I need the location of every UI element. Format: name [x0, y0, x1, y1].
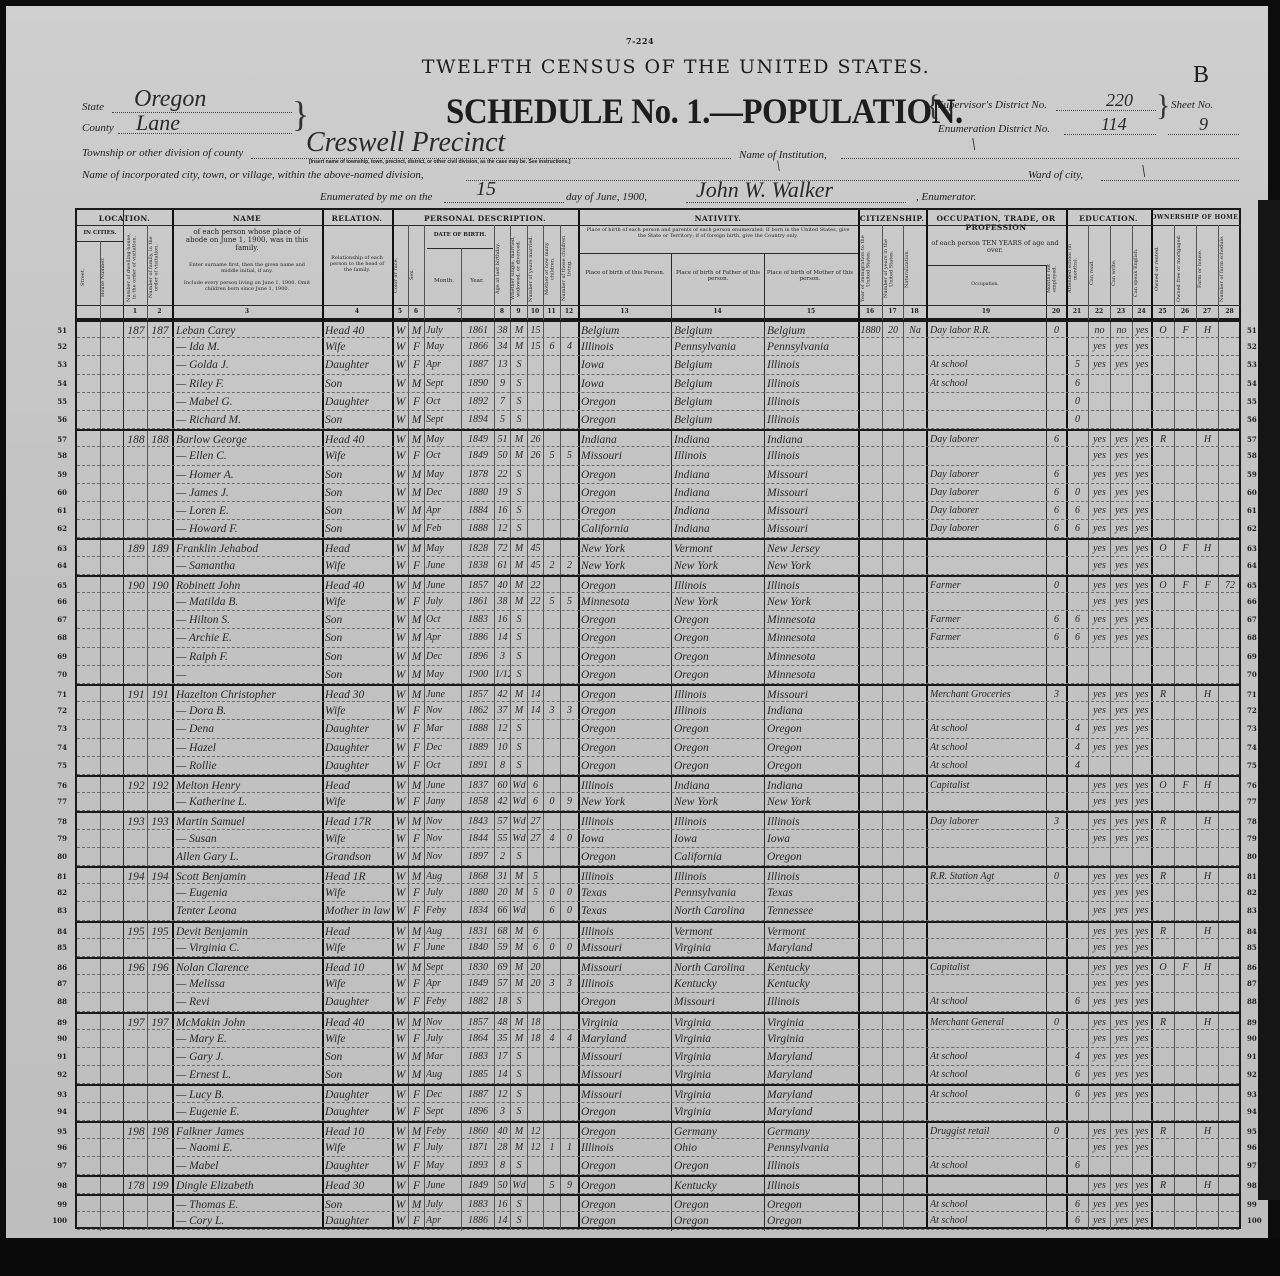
relation: Daughter: [325, 393, 391, 411]
age: 37: [495, 702, 510, 720]
farm-house: [1197, 884, 1218, 902]
person-name: — Eugenia: [176, 884, 321, 902]
enumerator-label: , Enumerator.: [916, 191, 976, 203]
color: W: [393, 411, 408, 429]
column-number: 8: [494, 308, 510, 315]
birth-year: 1871: [462, 1139, 494, 1157]
dwelling-number: [125, 720, 147, 738]
can-write: yes: [1111, 1212, 1132, 1230]
birth-year: 1885: [462, 1066, 494, 1084]
birthplace-father: Illinois: [674, 702, 764, 720]
occupation: [930, 593, 1046, 611]
farm-schedule: [1219, 975, 1241, 993]
relation: Son: [325, 502, 391, 520]
birth-month: Nov: [426, 702, 461, 720]
farm-schedule: [1219, 1157, 1241, 1175]
years-in-us: [883, 666, 903, 684]
marital-status: M: [511, 338, 527, 356]
table-row: 8585— Virginia C.WifeWFJune184059M600Mis…: [77, 939, 1239, 957]
sex: F: [409, 393, 424, 411]
column-number: 28: [1218, 308, 1241, 315]
line-number-right: 77: [1247, 793, 1271, 811]
line-number: 62: [37, 520, 67, 538]
color: W: [393, 393, 408, 411]
column-number: 13: [578, 308, 671, 315]
age: 12: [495, 720, 510, 738]
can-write: yes: [1111, 356, 1132, 374]
relation: Wife: [325, 557, 391, 575]
birthplace-mother: Oregon: [767, 848, 858, 866]
age: 57: [495, 975, 510, 993]
can-write: yes: [1111, 593, 1132, 611]
years-married: 6: [528, 793, 543, 811]
color: W: [393, 484, 408, 502]
naturalization: [904, 884, 926, 902]
owned-rented: [1152, 993, 1174, 1011]
farm-schedule: [1219, 557, 1241, 575]
birth-month: Apr: [426, 1212, 461, 1230]
column-number: 22: [1088, 308, 1110, 315]
person-name: — Mabel G.: [176, 393, 321, 411]
months-unemployed: [1047, 884, 1066, 902]
dwelling-number: [125, 666, 147, 684]
years-married: [528, 466, 543, 484]
table-row: 8181194194Scott BenjaminHead 1RWMAug1868…: [77, 866, 1239, 884]
sex: F: [409, 720, 424, 738]
sex: F: [409, 1103, 424, 1121]
township-value: Creswell Precinct: [306, 127, 505, 159]
birth-year: 1840: [462, 939, 494, 957]
township-note: [Insert name of township, town, precinct…: [309, 159, 570, 165]
person-name: — Matilda B.: [176, 593, 321, 611]
birthplace-father: Illinois: [674, 447, 764, 465]
person-name: — Revi: [176, 993, 321, 1011]
months-unemployed: 6: [1047, 466, 1066, 484]
sex: F: [409, 939, 424, 957]
table-row: 6262— Howard F.SonWMFeb188812SCalifornia…: [77, 520, 1239, 538]
birthplace-father: Oregon: [674, 757, 764, 775]
children-living: [561, 520, 578, 538]
person-name: — Katherine L.: [176, 793, 321, 811]
table-row: 6464— SamanthaWifeWFJune183861M4522New Y…: [77, 557, 1239, 575]
years-in-us: [883, 739, 903, 757]
dwelling-number: [125, 939, 147, 957]
owned-rented: [1152, 1103, 1174, 1121]
immigration-year: [859, 1030, 882, 1048]
age: 42: [495, 793, 510, 811]
years-married: [528, 720, 543, 738]
owned-rented: [1152, 975, 1174, 993]
farm-house-header: Farm or house.: [1198, 232, 1210, 305]
children-living: [561, 848, 578, 866]
institution-label: Name of Institution,: [739, 149, 827, 161]
owned-rented: [1152, 411, 1174, 429]
immigration-year: [859, 902, 882, 920]
mother-of: [544, 648, 560, 666]
naturalization: [904, 629, 926, 647]
farm-schedule: [1219, 848, 1241, 866]
family-number: [148, 393, 172, 411]
line-number-right: 64: [1247, 557, 1271, 575]
owned-free: [1175, 466, 1196, 484]
speak-english: yes: [1133, 611, 1151, 629]
marital-status: S: [511, 393, 527, 411]
person-name: — Archie E.: [176, 629, 321, 647]
sex: F: [409, 702, 424, 720]
attended-school-header: Attended school (in months).: [1068, 232, 1082, 305]
marital-header: Whether single, married, widowed, or div…: [511, 232, 525, 305]
line-number: 72: [37, 702, 67, 720]
birthplace-mother: Maryland: [767, 1066, 858, 1084]
speak-english: [1133, 1157, 1151, 1175]
group-relation: RELATION.: [322, 214, 392, 223]
naturalization: [904, 739, 926, 757]
owned-free: [1175, 502, 1196, 520]
family-number: [148, 720, 172, 738]
years-in-us: [883, 411, 903, 429]
table-row: 8484195195Devit BenjaminHeadWMAug183168M…: [77, 921, 1239, 939]
attended-school: [1067, 466, 1088, 484]
line-number: 60: [37, 484, 67, 502]
mother-of: [544, 375, 560, 393]
mother-of: 6: [544, 902, 560, 920]
birthplace-mother: Iowa: [767, 830, 858, 848]
marital-status: S: [511, 466, 527, 484]
dwelling-number: [125, 338, 147, 356]
farm-schedule: [1219, 520, 1241, 538]
months-unemployed: [1047, 447, 1066, 465]
birth-month: Feby: [426, 993, 461, 1011]
owned-rented: [1152, 484, 1174, 502]
birth-month: May: [426, 1157, 461, 1175]
dwelling-number: [125, 884, 147, 902]
mother-of: [544, 393, 560, 411]
line-number-right: 83: [1247, 902, 1271, 920]
attended-school: [1067, 902, 1088, 920]
institution-value: \: [971, 134, 976, 155]
years-married: [528, 1048, 543, 1066]
children-living: [561, 411, 578, 429]
speak-english: yes: [1133, 830, 1151, 848]
months-unemployed: [1047, 720, 1066, 738]
farm-house: [1197, 902, 1218, 920]
sex: F: [409, 338, 424, 356]
family-number: [148, 993, 172, 1011]
marital-status: M: [511, 1030, 527, 1048]
table-row: 100100— Cory L.DaughterWFApr188614SOrego…: [77, 1212, 1239, 1230]
sex: F: [409, 902, 424, 920]
birthplace-mother: Missouri: [767, 484, 858, 502]
birthplace-person: Missouri: [581, 1066, 671, 1084]
months-unemployed: [1047, 993, 1066, 1011]
birthplace-person: Oregon: [581, 484, 671, 502]
owned-rented: [1152, 648, 1174, 666]
years-married: 12: [528, 1139, 543, 1157]
relation: Son: [325, 375, 391, 393]
sex: M: [409, 484, 424, 502]
birthplace-mother: Illinois: [767, 993, 858, 1011]
can-write: yes: [1111, 830, 1132, 848]
birthplace-father: Belgium: [674, 393, 764, 411]
line-number-right: 66: [1247, 593, 1271, 611]
occupation-desc: of each person TEN YEARS of age and over…: [930, 240, 1060, 254]
occupation: At school: [930, 757, 1046, 775]
line-number: 90: [37, 1030, 67, 1048]
years-married: [528, 757, 543, 775]
age: 9: [495, 375, 510, 393]
birthplace-father: Virginia: [674, 939, 764, 957]
owned-rented: [1152, 338, 1174, 356]
owned-free: [1175, 848, 1196, 866]
can-write: yes: [1111, 702, 1132, 720]
birthplace-person: Minnesota: [581, 593, 671, 611]
immigration-year: [859, 975, 882, 993]
marital-status: S: [511, 356, 527, 374]
marital-status: M: [511, 593, 527, 611]
attended-school: [1067, 793, 1088, 811]
can-write: yes: [1111, 884, 1132, 902]
can-write: yes: [1111, 993, 1132, 1011]
birth-person-header: Place of birth of this Person.: [580, 270, 670, 276]
color: W: [393, 702, 408, 720]
years-in-us: [883, 1030, 903, 1048]
age: 66: [495, 902, 510, 920]
age: 14: [495, 1212, 510, 1230]
header-rule: [578, 253, 858, 254]
owned-rented: [1152, 629, 1174, 647]
speak-english: [1133, 666, 1151, 684]
marital-status: S: [511, 629, 527, 647]
owned-free: [1175, 902, 1196, 920]
can-write: yes: [1111, 939, 1132, 957]
farm-schedule: [1219, 356, 1241, 374]
birthplace-father: New York: [674, 793, 764, 811]
years-in-us: [883, 757, 903, 775]
birthplace-person: Oregon: [581, 757, 671, 775]
family-number: [148, 848, 172, 866]
can-write: yes: [1111, 720, 1132, 738]
color: W: [393, 902, 408, 920]
years-married: [528, 484, 543, 502]
dwelling-number: [125, 393, 147, 411]
color: W: [393, 648, 408, 666]
years-married: [528, 356, 543, 374]
marital-status: M: [511, 447, 527, 465]
immigration-year: [859, 830, 882, 848]
sex: M: [409, 629, 424, 647]
marital-status: M: [511, 1139, 527, 1157]
years-in-us: [883, 466, 903, 484]
line-number-right: 91: [1247, 1048, 1271, 1066]
sex: M: [409, 411, 424, 429]
family-number: [148, 739, 172, 757]
table-row: 9898178199Dingle ElizabethHead 30WFJune1…: [77, 1175, 1239, 1193]
speak-english: yes: [1133, 466, 1151, 484]
mother-of: [544, 993, 560, 1011]
years-in-us: [883, 884, 903, 902]
line-number-right: 69: [1247, 648, 1271, 666]
immigration-year: [859, 1066, 882, 1084]
birthplace-mother: Illinois: [767, 356, 858, 374]
sex: F: [409, 993, 424, 1011]
mother-of: [544, 1066, 560, 1084]
person-name: — Virginia C.: [176, 939, 321, 957]
color: W: [393, 629, 408, 647]
sex: F: [409, 757, 424, 775]
birthplace-father: Oregon: [674, 1212, 764, 1230]
line-number: 74: [37, 739, 67, 757]
attended-school: 4: [1067, 1048, 1088, 1066]
can-read: yes: [1089, 939, 1110, 957]
name-desc: of each person whose place of abode on J…: [182, 228, 312, 252]
color: W: [393, 1030, 408, 1048]
years-in-us: [883, 1157, 903, 1175]
age: 10: [495, 739, 510, 757]
birthplace-father: New York: [674, 557, 764, 575]
birth-year: 1894: [462, 411, 494, 429]
months-unemployed: [1047, 1103, 1066, 1121]
color: W: [393, 975, 408, 993]
mother-of: 0: [544, 939, 560, 957]
can-read: yes: [1089, 1066, 1110, 1084]
birth-month: Nov: [426, 830, 461, 848]
marital-status: S: [511, 1157, 527, 1175]
speak-english: [1133, 1103, 1151, 1121]
sex: M: [409, 1066, 424, 1084]
can-write: yes: [1111, 739, 1132, 757]
line-number-right: 98: [1247, 1177, 1271, 1195]
name-inst1: Enter surname first, then the given name…: [182, 262, 312, 274]
birth-year: 1849: [462, 447, 494, 465]
birth-month: May: [426, 338, 461, 356]
owned-free: [1175, 648, 1196, 666]
owned-free: [1175, 611, 1196, 629]
owned-free: [1175, 557, 1196, 575]
immigration-year: [859, 666, 882, 684]
owned-rented: [1152, 793, 1174, 811]
can-read: [1089, 393, 1110, 411]
children-living: [561, 1157, 578, 1175]
dwelling-number: [125, 1066, 147, 1084]
years-married: [528, 993, 543, 1011]
birthplace-mother: Maryland: [767, 1103, 858, 1121]
occupation: [930, 557, 1046, 575]
can-write: yes: [1111, 975, 1132, 993]
children-living: [561, 356, 578, 374]
birth-month: Dec: [426, 648, 461, 666]
sex: F: [409, 830, 424, 848]
years-in-us: [883, 593, 903, 611]
table-row: 6767— Hilton S.SonWMOct188316SOregonOreg…: [77, 611, 1239, 629]
farm-house: [1197, 793, 1218, 811]
speak-english: yes: [1133, 1212, 1151, 1230]
birth-year: 1896: [462, 1103, 494, 1121]
years-married: [528, 1066, 543, 1084]
can-write: [1111, 848, 1132, 866]
owned-free: [1175, 338, 1196, 356]
relation: Son: [325, 411, 391, 429]
dwelling-number: [125, 593, 147, 611]
attended-school: 5: [1067, 356, 1088, 374]
years-married: 15: [528, 338, 543, 356]
mother-of: [544, 520, 560, 538]
table-row: 6161— Loren E.SonWMApr188416SOregonIndia…: [77, 502, 1239, 520]
line-number: 64: [37, 557, 67, 575]
mother-of: [544, 356, 560, 374]
months-unemployed: [1047, 1157, 1066, 1175]
owned-rented: [1152, 611, 1174, 629]
occupation: [930, 411, 1046, 429]
color: W: [393, 1212, 408, 1230]
person-name: — Hilton S.: [176, 611, 321, 629]
dwelling-number: [125, 648, 147, 666]
age: 1/12: [495, 666, 510, 684]
family-number: [148, 611, 172, 629]
years-married: [528, 502, 543, 520]
birthplace-person: Iowa: [581, 375, 671, 393]
supervisor-label: Supervisor's District No.: [938, 99, 1047, 111]
mother-of: [544, 484, 560, 502]
years-married: [528, 666, 543, 684]
mother-of: 2: [544, 557, 560, 575]
line-number-right: 67: [1247, 611, 1271, 629]
owned-rented: [1152, 1066, 1174, 1084]
marital-status: S: [511, 739, 527, 757]
months-unemployed: [1047, 1048, 1066, 1066]
occupation: [930, 848, 1046, 866]
color: W: [393, 739, 408, 757]
relation: Son: [325, 611, 391, 629]
dwelling-number: [125, 830, 147, 848]
person-name: — Richard M.: [176, 411, 321, 429]
speak-english: [1133, 375, 1151, 393]
day-value: 15: [476, 178, 496, 201]
dwelling-number: [125, 484, 147, 502]
day-line: [444, 202, 564, 203]
farm-house: [1197, 356, 1218, 374]
birth-year: 1878: [462, 466, 494, 484]
line-number-right: 75: [1247, 757, 1271, 775]
table-row: 9090— Mary E.WifeWFJuly186435M1844Maryla…: [77, 1030, 1239, 1048]
speak-english: yes: [1133, 484, 1151, 502]
family-number: [148, 466, 172, 484]
children-living: [561, 375, 578, 393]
years-in-us: [883, 648, 903, 666]
immigration-year: [859, 793, 882, 811]
owned-free: [1175, 393, 1196, 411]
attended-school: 0: [1067, 393, 1088, 411]
table-row: 9999— Thomas E.SonWMJuly188316SOregonOre…: [77, 1194, 1239, 1212]
sex: F: [409, 447, 424, 465]
line-number-right: 70: [1247, 666, 1271, 684]
birthplace-father: Pennsylvania: [674, 884, 764, 902]
children-living: 5: [561, 447, 578, 465]
table-row: 5454— Riley F.SonWMSept18909SIowaBelgium…: [77, 375, 1239, 393]
farm-schedule: [1219, 1139, 1241, 1157]
birthplace-father: Oregon: [674, 720, 764, 738]
can-read-header: Can read.: [1090, 240, 1100, 305]
age: 16: [495, 502, 510, 520]
color: W: [393, 757, 408, 775]
column-number: 10: [527, 308, 543, 315]
occupation: Day laborer: [930, 484, 1046, 502]
birthplace-mother: Oregon: [767, 1212, 858, 1230]
family-number: [148, 484, 172, 502]
years-in-us: [883, 1048, 903, 1066]
age: 2: [495, 848, 510, 866]
birth-year: 1891: [462, 757, 494, 775]
color-header: Color or race.: [394, 245, 404, 305]
